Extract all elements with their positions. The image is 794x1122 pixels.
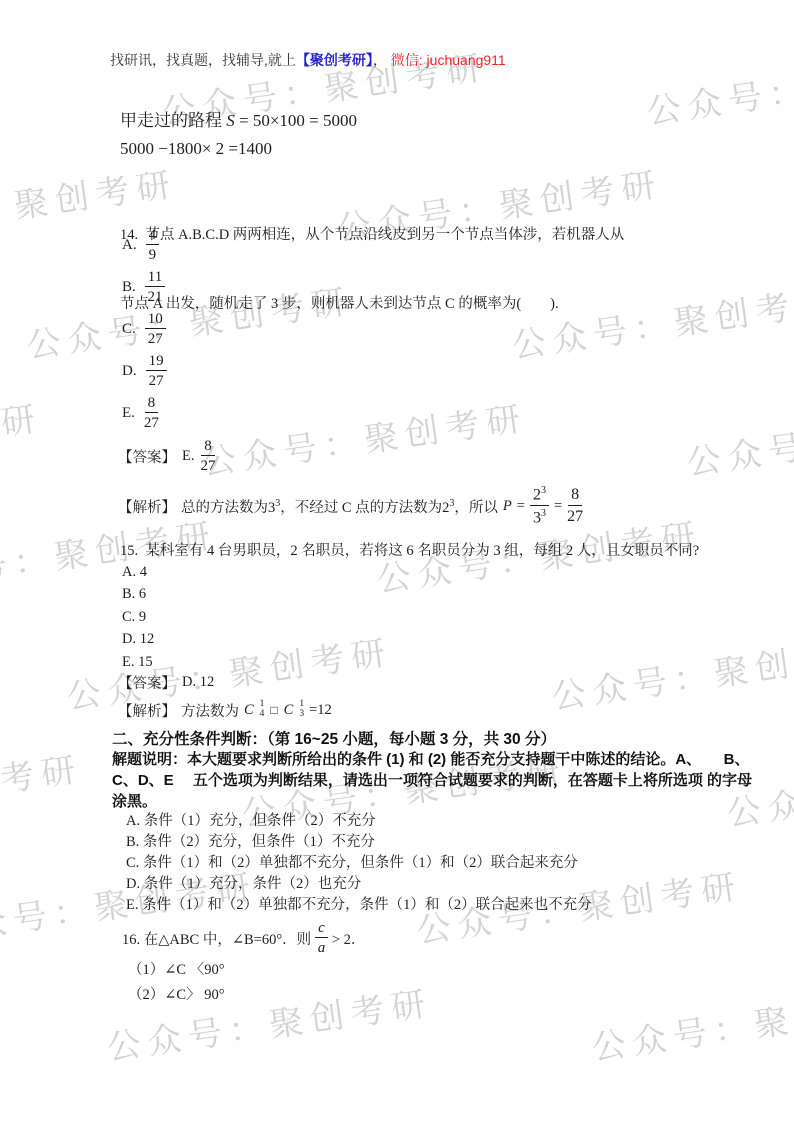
section2-instructions: 解题说明：本大题要求判断所给出的条件 (1) 和 (2) 能否充分支持题干中陈述… xyxy=(112,749,752,812)
option-fraction: 827 xyxy=(144,395,159,432)
section2-choices: A. 条件（1）充分，但条件（2）不充分 B. 条件（2）充分，但条件（1）不充… xyxy=(126,811,592,916)
option-fraction: 1027 xyxy=(145,311,166,348)
option-fraction: 1121 xyxy=(145,269,165,306)
fraction-numerator: 10 xyxy=(145,311,166,330)
q16-fraction: ca xyxy=(315,920,328,957)
q16-stem-post: > 2． xyxy=(332,928,366,949)
q14-options: A. 49 B. 1121 C. 1027 D. 1927 E. 827 xyxy=(122,224,167,434)
analysis-pre: 方法数为 xyxy=(181,700,239,721)
analysis-fraction-1: 2333 xyxy=(530,485,549,527)
promo-prefix: 找研讯，找真题，找辅导,就上 xyxy=(110,52,296,68)
instruction-line-1: 解题说明：本大题要求判断所给出的条件 (1) 和 (2) 能否充分支持题干中陈述… xyxy=(112,749,752,770)
q16-condition-1: （1）∠C 〈90° xyxy=(128,958,225,983)
math-var-s: S xyxy=(226,111,235,130)
choice-c: C. 条件（1）和（2）单独都不充分，但条件（1）和（2）联合起来充分 xyxy=(126,853,592,874)
promo-comma: ， xyxy=(373,52,387,68)
q15-stem: 15. 某科室有 4 台男职员，2 名职员，若将这 6 名职员分为 3 组，每组… xyxy=(120,540,699,563)
math-line-1-eq: = 50×100 = 5000 xyxy=(235,111,357,130)
q14-stem: 14. 节点 A.B.C.D 两两相连，从个节点沿线皮到另一个节点当体涉，若机器… xyxy=(120,178,624,362)
instruction-line-3: 涂黑。 xyxy=(112,791,752,812)
answer-tag: 【答案】 xyxy=(118,672,176,693)
analysis-result: =12 xyxy=(309,702,332,719)
fraction-denominator: 27 xyxy=(148,329,163,348)
equals-sign: = xyxy=(554,498,562,515)
fraction-numerator: 11 xyxy=(145,269,165,288)
q14-stem-line2: 节点 A 出发，随机走了 3 步，则机器人未到达节点 C 的概率为( ). xyxy=(120,293,624,316)
q14-option-d: D. 1927 xyxy=(122,350,167,392)
box-glyph: □ xyxy=(269,703,278,718)
choice-a: A. 条件（1）充分，但条件（2）不充分 xyxy=(126,811,592,832)
q15-option-d: D. 12 xyxy=(122,628,154,650)
answer-text: D. 12 xyxy=(182,674,214,691)
q15-option-c: C. 9 xyxy=(122,606,154,628)
answer-label: E. xyxy=(182,448,194,465)
fraction-denominator: 9 xyxy=(149,245,157,264)
option-fraction: 1927 xyxy=(146,353,167,390)
promo-header: 找研讯，找真题，找辅导,就上【聚创考研】， 微信: juchuang911 xyxy=(110,50,506,70)
fraction-denominator: 33 xyxy=(533,506,546,527)
math-line-2: 5000 −1800× 2 =1400 xyxy=(120,139,272,159)
q15-options: A. 4 B. 6 C. 9 D. 12 E. 15 xyxy=(122,561,154,673)
fraction-numerator: c xyxy=(315,920,328,939)
combination-c1-indices: 14 xyxy=(260,700,265,720)
p-variable: P xyxy=(503,498,512,515)
fraction-numerator: 8 xyxy=(201,438,215,457)
option-label: A. xyxy=(122,237,137,254)
fraction-numerator: 8 xyxy=(145,395,159,414)
fraction-denominator: 27 xyxy=(144,413,159,432)
q15-analysis: 【解析】 方法数为 C14 □ C13 =12 xyxy=(118,696,332,724)
option-label: C. xyxy=(122,321,136,338)
analysis-text-1: 总的方法数为33，不经过 C 点的方法数为23，所以 xyxy=(181,496,498,517)
fraction-denominator: 27 xyxy=(567,506,583,526)
q14-stem-line1: 14. 节点 A.B.C.D 两两相连，从个节点沿线皮到另一个节点当体涉，若机器… xyxy=(120,224,624,247)
page-content: 找研讯，找真题，找辅导,就上【聚创考研】， 微信: juchuang911 甲走… xyxy=(0,0,794,1122)
choice-b: B. 条件（2）充分，但条件（1）不充分 xyxy=(126,832,592,853)
fraction-denominator: 21 xyxy=(147,287,162,306)
q16-stem-text: 16. 在△ABC 中，∠B=60°．则 xyxy=(122,928,311,949)
instruction-line-2: C、D、E 五个选项为判断结果，请选出一项符合试题要求的判断，在答题卡上将所选项… xyxy=(112,770,752,791)
fraction-numerator: 4 xyxy=(146,227,160,246)
brand-text: 【聚创考研】 xyxy=(296,52,373,68)
q14-option-a: A. 49 xyxy=(122,224,167,266)
equals-sign: = xyxy=(517,498,525,515)
analysis-tag: 【解析】 xyxy=(118,700,176,721)
choice-e: E. 条件（1）和（2）单独都不充分，条件（1）和（2）联合起来也不充分 xyxy=(126,895,592,916)
fraction-numerator: 23 xyxy=(530,485,549,506)
combination-c2-indices: 13 xyxy=(299,700,304,720)
q15-option-b: B. 6 xyxy=(122,583,154,605)
q14-option-e: E. 827 xyxy=(122,392,167,434)
answer-tag: 【答案】 xyxy=(118,446,176,467)
option-label: B. xyxy=(122,279,136,296)
section2-title: 二、充分性条件判断：（第 16~25 小题，每小题 3 分，共 30 分） xyxy=(112,727,556,749)
q14-option-c: C. 1027 xyxy=(122,308,167,350)
q16-condition-2: （2）∠C〉 90° xyxy=(128,983,225,1008)
option-label: D. xyxy=(122,363,137,380)
option-fraction: 49 xyxy=(146,227,160,264)
fraction-numerator: 8 xyxy=(568,486,582,506)
fraction-denominator: 27 xyxy=(200,456,215,475)
choice-d: D. 条件（1）充分，条件（2）也充分 xyxy=(126,874,592,895)
answer-fraction: 827 xyxy=(200,438,215,475)
math-line-1-intro: 甲走过的路程 xyxy=(120,111,226,130)
q16-stem: 16. 在△ABC 中，∠B=60°．则 ca > 2． xyxy=(122,916,365,960)
document-page: 公众号：聚创考研公众号：聚创考研公众号：聚创考研公众号：聚创考研公众号：聚创考研… xyxy=(0,0,794,1122)
q14-answer: 【答案】 E. 827 xyxy=(118,434,215,478)
analysis-fraction-2: 827 xyxy=(567,486,583,525)
option-label: E. xyxy=(122,405,135,422)
wechat-text: 微信: juchuang911 xyxy=(391,52,506,68)
fraction-denominator: 27 xyxy=(149,371,164,390)
combination-c2: C xyxy=(284,702,294,719)
q15-option-a: A. 4 xyxy=(122,561,154,583)
fraction-denominator: a xyxy=(318,938,326,957)
q15-answer: 【答案】D. 12 xyxy=(118,672,214,693)
math-line-1: 甲走过的路程 S = 50×100 = 5000 xyxy=(120,106,357,131)
q14-option-b: B. 1121 xyxy=(122,266,167,308)
combination-c1: C xyxy=(244,702,254,719)
q16-conditions: （1）∠C 〈90° （2）∠C〉 90° xyxy=(128,958,225,1008)
analysis-tag: 【解析】 xyxy=(118,496,176,517)
fraction-numerator: 19 xyxy=(146,353,167,372)
q15-option-e: E. 15 xyxy=(122,651,154,673)
q14-analysis: 【解析】 总的方法数为33，不经过 C 点的方法数为23，所以 P = 2333… xyxy=(118,478,583,534)
